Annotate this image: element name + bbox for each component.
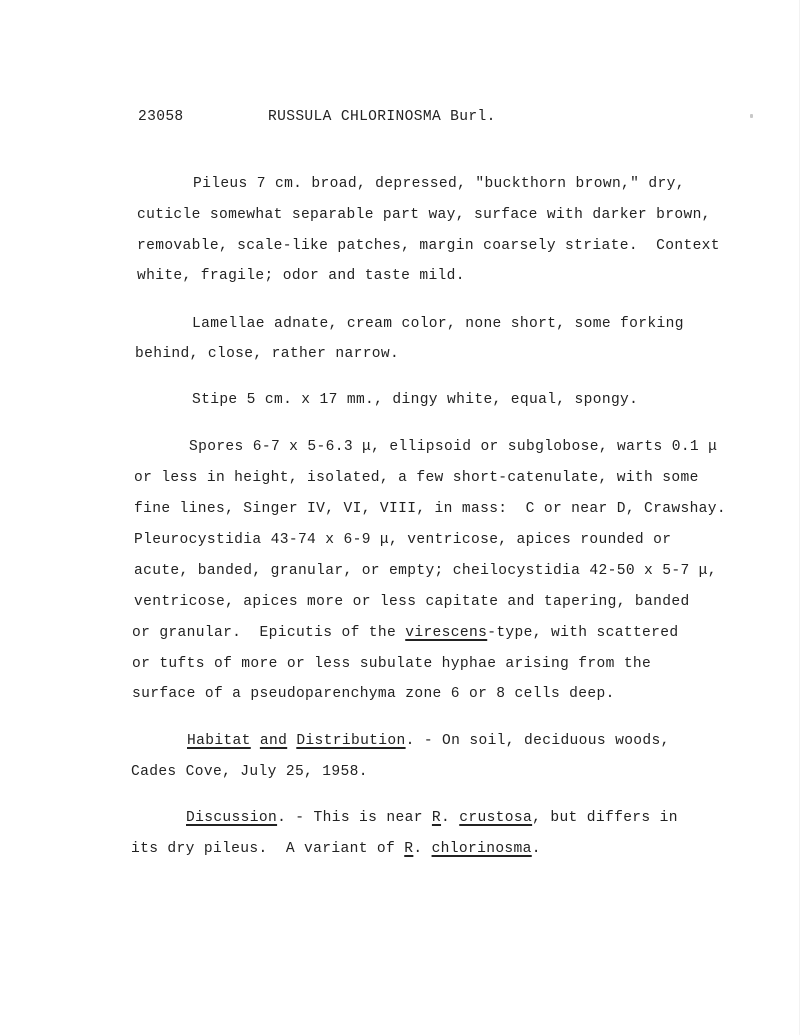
species-epithet: crustosa [459,810,532,826]
text-line: Pleurocystidia 43-74 x 6-9 μ, ventricose… [134,531,671,549]
text-line: its dry pileus. A variant of R. chlorino… [131,840,541,858]
text-line: or tufts of more or less subulate hyphae… [132,655,651,673]
accession-number: 23058 [138,108,184,126]
text-line: or granular. Epicutis of the virescens-t… [132,624,678,642]
text-line: fine lines, Singer IV, VI, VIII, in mass… [134,500,726,518]
scan-speck [750,114,753,118]
text-line: cuticle somewhat separable part way, sur… [137,206,711,224]
text-line: surface of a pseudoparenchyma zone 6 or … [132,685,615,703]
text-segment: , but differs in [532,810,678,826]
text-line: Pileus 7 cm. broad, depressed, "buckthor… [193,175,685,193]
text-segment: or granular. Epicutis of the [132,625,405,641]
text-line: behind, close, rather narrow. [135,345,399,363]
text-line: Spores 6-7 x 5-6.3 μ, ellipsoid or subgl… [189,438,717,456]
text-segment: . [532,841,541,857]
text-segment: its dry pileus. A variant of [131,841,404,857]
text-segment: . [413,841,431,857]
underlined-term: virescens [405,625,487,641]
section-heading-word: Habitat [187,733,251,749]
species-title: RUSSULA CHLORINOSMA Burl. [268,108,496,126]
text-line: removable, scale-like patches, margin co… [137,237,720,255]
text-segment: . - This is near [277,810,432,826]
text-line: Lamellae adnate, cream color, none short… [192,315,684,333]
text-line: Discussion. - This is near R. crustosa, … [186,809,678,827]
text-segment: . [441,810,459,826]
text-line: Cades Cove, July 25, 1958. [131,763,368,781]
text-segment: -type, with scattered [487,625,678,641]
text-line: or less in height, isolated, a few short… [134,469,699,487]
text-line: Stipe 5 cm. x 17 mm., dingy white, equal… [192,391,638,409]
text-line: acute, banded, granular, or empty; cheil… [134,562,717,580]
section-heading-word: and [260,733,287,749]
section-heading: Discussion [186,810,277,826]
text-line: white, fragile; odor and taste mild. [137,267,465,285]
document-page: 23058 RUSSULA CHLORINOSMA Burl. Pileus 7… [0,0,800,1035]
text-segment: . - On soil, deciduous woods, [406,733,670,749]
text-line: ventricose, apices more or less capitate… [134,593,690,611]
species-epithet: chlorinosma [432,841,532,857]
text-line: Habitat and Distribution. - On soil, dec… [187,732,670,750]
section-heading-word: Distribution [296,733,405,749]
genus-abbrev: R [432,810,441,826]
genus-abbrev: R [404,841,413,857]
